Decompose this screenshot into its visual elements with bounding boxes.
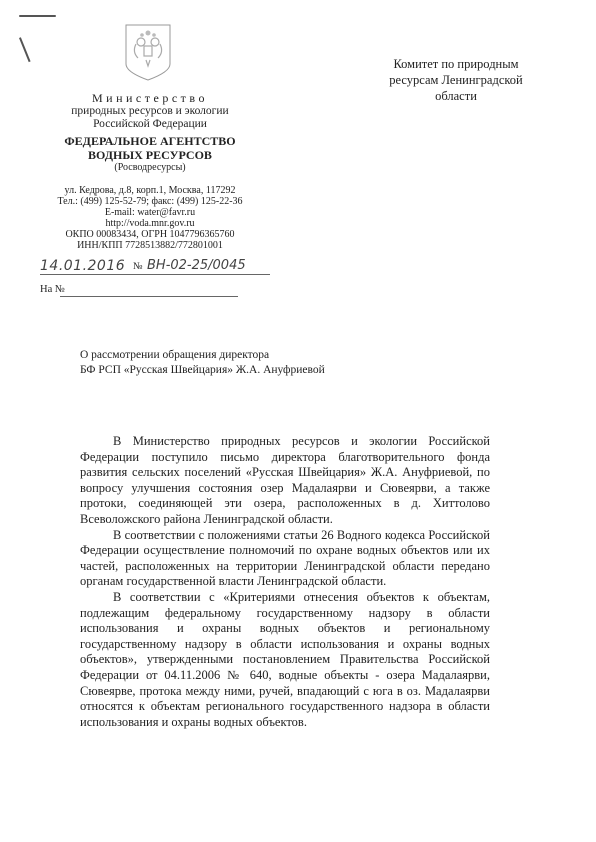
inn-kpp: ИНН/КПП 7728513882/772801001	[40, 240, 260, 251]
address: ул. Кедрова, д.8, корп.1, Москва, 117292	[40, 185, 260, 196]
scan-mark	[19, 37, 31, 62]
underline	[60, 296, 238, 297]
number-label: №	[133, 261, 143, 272]
paragraph: В Министерство природных ресурсов и экол…	[80, 434, 490, 528]
agency-name: ФЕДЕРАЛЬНОЕ АГЕНТСТВО	[40, 134, 260, 148]
okpo-ogrn: ОКПО 00083434, ОГРН 1047796365760	[40, 229, 260, 240]
letterhead: Министерство природных ресурсов и эколог…	[40, 92, 260, 251]
reply-to-line: На №	[40, 284, 240, 295]
ministry-line: Российской Федерации	[40, 118, 260, 131]
recipient-line: области	[356, 88, 556, 104]
subject-line: БФ РСП «Русская Швейцария» Ж.А. Ануфриев…	[80, 363, 440, 378]
recipient-line: Комитет по природным	[356, 56, 556, 72]
phone-fax: Тел.: (499) 125-52-79; факс: (499) 125-2…	[40, 196, 260, 207]
coat-of-arms-icon	[122, 22, 174, 82]
reply-to-label: На №	[40, 284, 65, 295]
recipient-line: ресурсам Ленинградской	[356, 72, 556, 88]
scan-mark	[19, 15, 56, 17]
contacts: ул. Кедрова, д.8, корп.1, Москва, 117292…	[40, 185, 260, 251]
registration-line: 14.01.2016 № ВН-02-25/0045	[40, 258, 270, 274]
agency-short-name: (Росводресурсы)	[40, 162, 260, 174]
paragraph: В соответствии с положениями статьи 26 В…	[80, 528, 490, 590]
agency-name: ВОДНЫХ РЕСУРСОВ	[40, 148, 260, 162]
email: E-mail: water@favr.ru	[40, 207, 260, 218]
letter-body: В Министерство природных ресурсов и экол…	[80, 434, 490, 730]
website: http://voda.mnr.gov.ru	[40, 218, 260, 229]
underline	[40, 274, 270, 275]
subject: О рассмотрении обращения директора БФ РС…	[80, 348, 440, 378]
ministry-title: Министерство	[40, 92, 260, 105]
paragraph: В соответствии с «Критериями отнесения о…	[80, 590, 490, 730]
registration-date: 14.01.2016	[40, 258, 125, 274]
ministry-line: природных ресурсов и экологии	[40, 105, 260, 118]
recipient-block: Комитет по природным ресурсам Ленинградс…	[356, 56, 556, 104]
subject-line: О рассмотрении обращения директора	[80, 348, 440, 363]
registration-number: ВН-02-25/0045	[147, 258, 246, 273]
